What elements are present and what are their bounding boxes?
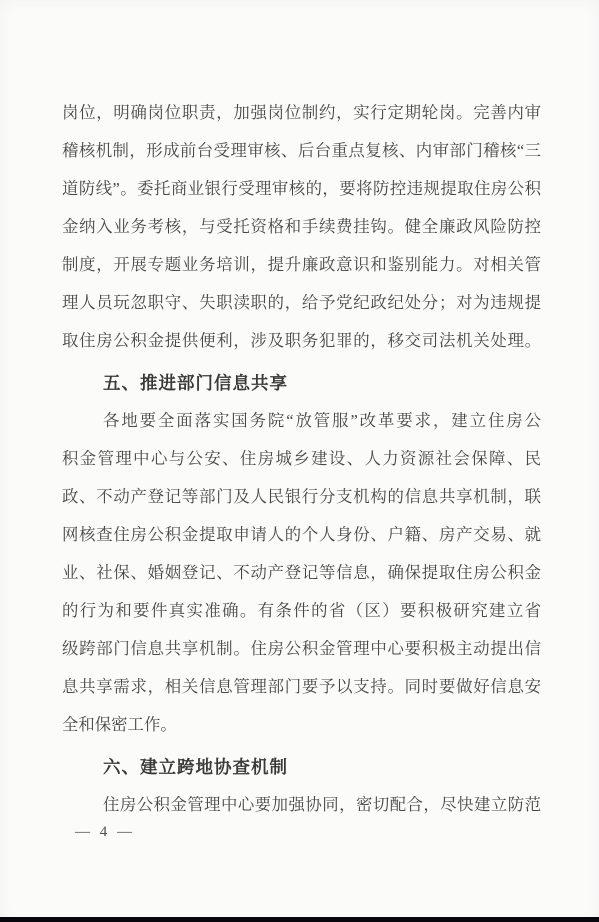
- scan-edge-bar: [0, 917, 599, 922]
- document-body: 岗位，明确岗位职责，加强岗位制约，实行定期轮岗。完善内审稽核机制，形成前台受理审…: [62, 94, 541, 845]
- text-line: 道防线”。委托商业银行受理审核的，要将防控违规提取住房公积: [62, 170, 541, 208]
- text-line: 政、不动产登记等部门及人民银行分支机构的信息共享机制，联: [62, 478, 541, 516]
- paragraph: 岗位，明确岗位职责，加强岗位制约，实行定期轮岗。完善内审稽核机制，形成前台受理审…: [62, 94, 541, 360]
- text-line: 级跨部门信息共享机制。住房公积金管理中心要积极主动提出信: [62, 630, 541, 668]
- text-line: 业、社保、婚姻登记、不动产登记等信息，确保提取住房公积金: [62, 554, 541, 592]
- text-line: 理人员玩忽职守、失职渎职的，给予党纪政纪处分；对为违规提: [62, 284, 541, 322]
- text-line: 息共享需求，相关信息管理部门要予以支持。同时要做好信息安: [62, 668, 541, 706]
- text-line: 网核查住房公积金提取申请人的个人身份、户籍、房产交易、就: [62, 516, 541, 554]
- text-line: 的行为和要件真实准确。有条件的省（区）要积极研究建立省: [62, 592, 541, 630]
- text-line: 积金管理中心与公安、住房城乡建设、人力资源社会保障、民: [62, 440, 541, 478]
- text-line: 全和保密工作。: [62, 706, 541, 744]
- text-line: 稽核机制，形成前台受理审核、后台重点复核、内审部门稽核“三: [62, 132, 541, 170]
- text-line: 制度，开展专题业务培训，提升廉政意识和鉴别能力。对相关管: [62, 246, 541, 284]
- text-line: 各地要全面落实国务院“放管服”改革要求，建立住房公: [62, 402, 541, 440]
- paragraph: 各地要全面落实国务院“放管服”改革要求，建立住房公积金管理中心与公安、住房城乡建…: [62, 402, 541, 744]
- scanned-document-page: 岗位，明确岗位职责，加强岗位制约，实行定期轮岗。完善内审稽核机制，形成前台受理审…: [0, 0, 599, 922]
- text-line: 岗位，明确岗位职责，加强岗位制约，实行定期轮岗。完善内审: [62, 94, 541, 132]
- text-line: 取住房公积金提供便利，涉及职务犯罪的，移交司法机关处理。: [62, 322, 541, 360]
- section-heading: 六、建立跨地协查机制: [62, 748, 541, 786]
- text-line: 金纳入业务考核，与受托资格和手续费挂钩。健全廉政风险防控: [62, 208, 541, 246]
- section-heading: 五、推进部门信息共享: [62, 364, 541, 402]
